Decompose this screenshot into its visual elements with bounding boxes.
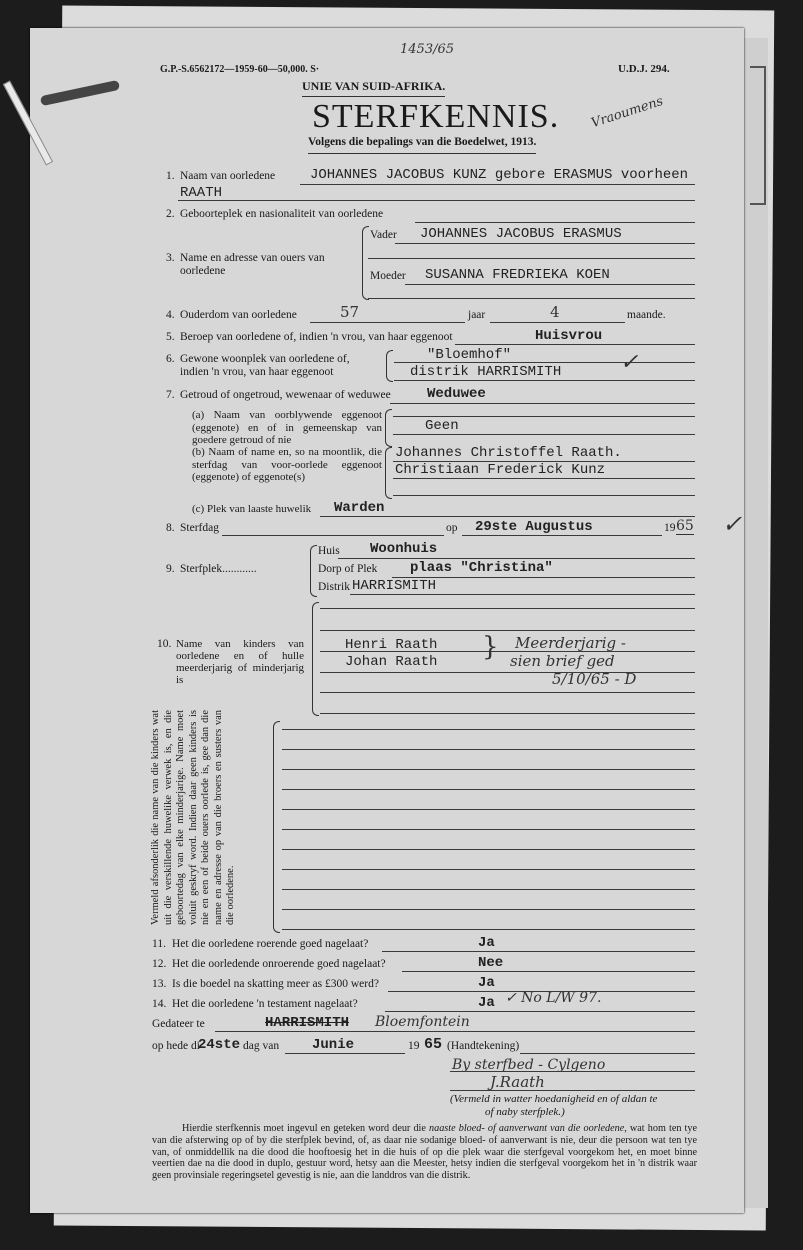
- district-label: Distrik: [318, 581, 350, 593]
- signing-year: 65: [424, 1036, 442, 1053]
- children-note-3: 5/10/65 - D: [552, 670, 636, 688]
- dated-label: Gedateer te: [152, 1018, 205, 1030]
- signing-month: Junie: [312, 1037, 354, 1053]
- file-number: 1453/65: [400, 42, 454, 57]
- check-mark-icon: ✓: [620, 350, 638, 375]
- children-note-1: Meerderjarig -: [515, 634, 626, 652]
- field-7-number: 7.: [166, 389, 175, 401]
- father-name: JOHANNES JACOBUS ERASMUS: [420, 226, 622, 242]
- district-value: HARRISMITH: [352, 578, 436, 594]
- immovable-property: Nee: [478, 955, 503, 971]
- field-6-label-2: indien 'n vrou, van haar eggenoot: [180, 366, 333, 378]
- house-value: Woonhuis: [370, 541, 437, 557]
- children-note-2: sien brief ged: [510, 652, 615, 670]
- field-3-number: 3.: [166, 252, 175, 264]
- estate-value: Ja: [478, 975, 495, 991]
- field-14-label: Het die oorledene 'n testament nagelaat?: [172, 998, 358, 1010]
- mother-label: Moeder: [370, 270, 406, 282]
- field-1-label: Naam van oorledene: [180, 170, 275, 182]
- margin-bracket: [750, 66, 766, 205]
- age-months: 4: [550, 303, 560, 321]
- last-marriage-place: Warden: [334, 500, 384, 516]
- signing-year-prefix: 19: [408, 1040, 420, 1052]
- residence-line2: distrik HARRISMITH: [410, 364, 561, 380]
- field-8-label: Sterfdag: [180, 522, 219, 534]
- footer-instructions: Hierdie sterfkennis moet ingevul en gete…: [152, 1123, 697, 1182]
- check-mark-icon: ✓: [722, 510, 742, 538]
- underlying-page-edge: [740, 38, 768, 1208]
- day-suffix: dag van: [243, 1040, 279, 1052]
- field-13-label: Is die boedel na skatting meer as £300 w…: [172, 978, 379, 990]
- field-7c-label: (c) Plek van laaste huwelik: [192, 503, 311, 515]
- signature: J.Raath: [490, 1073, 545, 1091]
- field-7a-label: (a) Naam van oorblywende eggenoot (eggen…: [192, 409, 382, 447]
- field-5-label: Beroep van oorledene of, indien 'n vrou,…: [180, 331, 453, 343]
- field-6-number: 6.: [166, 353, 175, 365]
- child-1-name: Henri Raath: [345, 637, 437, 653]
- field-9-label: Sterfplek............: [180, 563, 257, 575]
- birthplace-field: [415, 222, 695, 223]
- dated-place: Bloemfontein: [375, 1014, 470, 1030]
- field-13-number: 13.: [152, 978, 166, 990]
- place-label: Dorp of Plek: [318, 563, 377, 575]
- place-value: plaas "Christina": [410, 560, 553, 576]
- residence-line1: "Bloemhof": [427, 347, 511, 363]
- surviving-spouse: Geen: [425, 418, 459, 434]
- field-4-number: 4.: [166, 309, 175, 321]
- field-4-label: Ouderdom van oorledene: [180, 309, 297, 321]
- field-11-number: 11.: [152, 938, 166, 950]
- field-7-label: Getroud of ongetroud, wewenaar of weduwe…: [180, 389, 391, 401]
- field-7b-label: (b) Naam of name en, so na moontlik, die…: [192, 446, 382, 484]
- page-title: STERFKENNIS.: [312, 98, 559, 136]
- months-label: maande.: [627, 309, 666, 321]
- field-9-number: 9.: [166, 563, 175, 575]
- child-2-name: Johan Raath: [345, 654, 437, 670]
- deceased-name-cont: RAATH: [180, 185, 222, 201]
- signature-label: (Handtekening): [447, 1040, 519, 1052]
- age-years: 57: [340, 303, 359, 321]
- previous-spouse-1: Johannes Christoffel Raath.: [395, 445, 622, 461]
- field-10-label: Name van kinders van oorledene en of hul…: [176, 638, 304, 686]
- dated-place-struck: HARRISMITH: [265, 1015, 349, 1031]
- father-label: Vader: [370, 229, 397, 241]
- field-3-label: Name en adresse van ouers van oorledene: [180, 252, 360, 278]
- death-notice-form: [30, 28, 744, 1213]
- date-of-death: 29ste Augustus: [475, 519, 593, 535]
- capacity-note: (Vermeld in watter hoedanigheid en of al…: [450, 1093, 657, 1105]
- deceased-name: JOHANNES JACOBUS KUNZ gebore ERASMUS voo…: [310, 167, 688, 183]
- testament: Ja: [478, 995, 495, 1011]
- field-10-number: 10.: [157, 638, 171, 650]
- testament-annotation: ✓ No L/W 97.: [505, 990, 601, 1006]
- marital-status: Weduwee: [427, 386, 486, 402]
- year-prefix: 19: [664, 522, 676, 534]
- previous-spouse-2: Christiaan Frederick Kunz: [395, 462, 605, 478]
- field-11-label: Het die oorledene roerende goed nagelaat…: [172, 938, 368, 950]
- country-heading: UNIE VAN SUID-AFRIKA.: [302, 79, 445, 97]
- field-2-label: Geboorteplek en nasionaliteit van oorled…: [180, 208, 383, 220]
- field-5-number: 5.: [166, 331, 175, 343]
- children-brace: }: [482, 632, 499, 662]
- children-instructions: Vermeld afsonderlik die name van die kin…: [150, 710, 268, 925]
- mother-name: SUSANNA FREDRIEKA KOEN: [425, 267, 610, 283]
- house-label: Huis: [318, 545, 340, 557]
- on-label: op: [446, 522, 458, 534]
- day-prefix: op hede di: [152, 1040, 200, 1052]
- years-label: jaar: [468, 309, 485, 321]
- field-12-number: 12.: [152, 958, 166, 970]
- signing-day: 24ste: [198, 1037, 240, 1053]
- form-code: U.D.J. 294.: [618, 63, 670, 75]
- print-code: G.P.-S.6562172—1959-60—50,000. S·: [160, 64, 319, 75]
- field-1-number: 1.: [166, 170, 175, 182]
- page-subtitle: Volgens die bepalings van die Boedelwet,…: [308, 136, 536, 154]
- movable-property: Ja: [478, 935, 495, 951]
- field-2-number: 2.: [166, 208, 175, 220]
- field-14-number: 14.: [152, 998, 166, 1010]
- field-12-label: Het die oorledende onroerende goed nagel…: [172, 958, 386, 970]
- field-8-number: 8.: [166, 522, 175, 534]
- year-of-death: 65: [676, 518, 694, 535]
- field-6-label: Gewone woonplek van oorledene of,: [180, 353, 350, 365]
- capacity-note-2: of naby sterfplek.): [485, 1106, 565, 1118]
- occupation: Huisvrou: [535, 328, 602, 344]
